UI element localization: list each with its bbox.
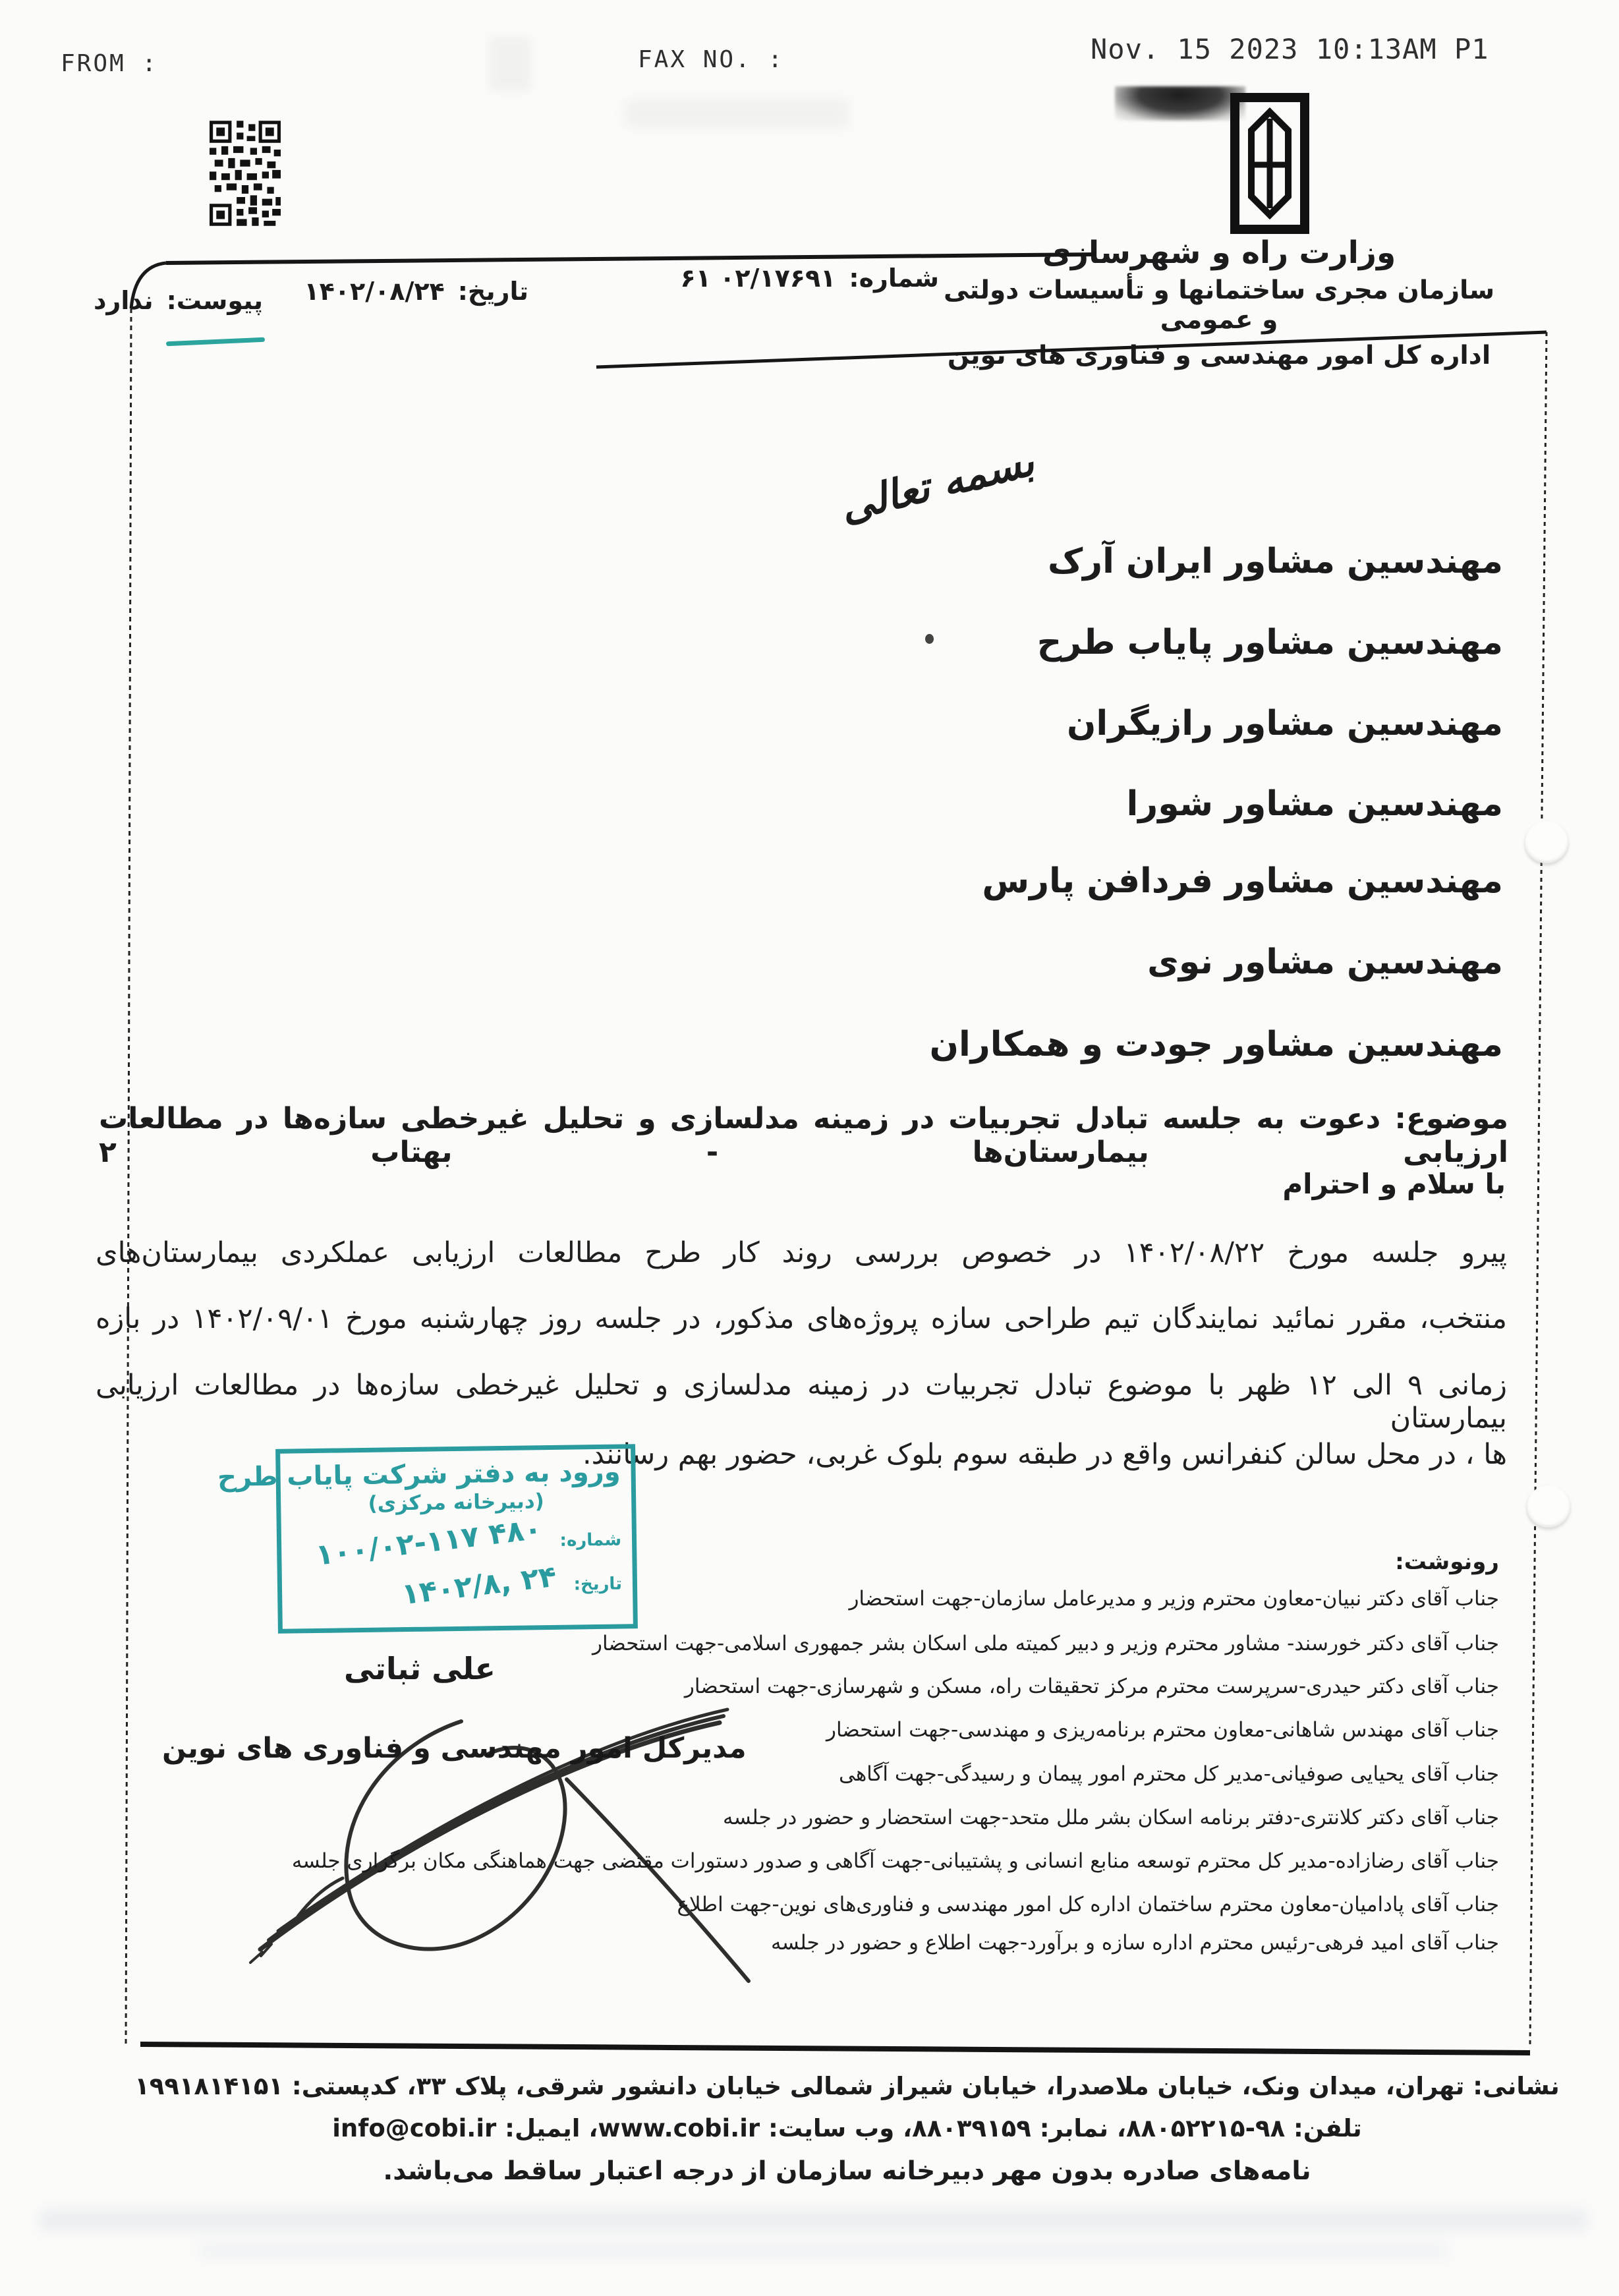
- recipient-line: مهندسین مشاور شورا: [1126, 784, 1503, 824]
- department-name: اداره کل امور مهندسی و فناوری های نوین: [939, 341, 1499, 370]
- recipient-line: مهندسین مشاور فردافن پارس: [982, 861, 1503, 901]
- stamp-title: ورود به دفتر شرکت پایاب طرح: [291, 1457, 621, 1492]
- hole-punch: [1525, 821, 1568, 863]
- letter-attachment-label: پیوست:: [167, 286, 263, 315]
- footer-contact: تلفن: ۹۸-۸۸۰۵۲۲۱۵، نمابر: ۸۸۰۳۹۱۵۹، وب س…: [0, 2114, 1619, 2142]
- letter-date-label: تاریخ:: [458, 277, 528, 306]
- recipient-line: مهندسین مشاور نوی: [1147, 942, 1503, 982]
- scan-band-artifact: [40, 2209, 1588, 2231]
- stamp-date-handwritten: ۱۴۰۲/۸, ۲۴: [399, 1560, 557, 1612]
- recipient-line: مهندسین مشاور پایاب طرح: [1037, 623, 1503, 662]
- letter-number-value: ۶۱ ۰۲/۱۷۶۹۱: [681, 264, 836, 293]
- letterhead: وزارت راه و شهرسازی سازمان مجری ساختمانه…: [939, 235, 1499, 370]
- subject-label: موضوع:: [1394, 1102, 1508, 1135]
- cc-label: رونوشت:: [1395, 1549, 1499, 1575]
- cc-item: جناب آقای پادامیان-معاون محترم ساختمان ا…: [677, 1893, 1499, 1916]
- cc-item: جناب آقای دکتر حیدری-سرپرست محترم مرکز ت…: [685, 1675, 1499, 1698]
- salutation: با سلام و احترام: [1282, 1168, 1506, 1200]
- teal-underline-mark: [166, 337, 265, 347]
- fax-grey-smudge: [625, 99, 849, 128]
- cc-item: جناب آقای مهندس شاهانی-معاون محترم برنام…: [826, 1718, 1499, 1742]
- stamp-number-label: شماره:: [559, 1530, 621, 1550]
- subject-line: موضوع: دعوت به جلسه تبادل تجربیات در زمی…: [99, 1102, 1508, 1169]
- letter-date-field: تاریخ: ۱۴۰۲/۰۸/۲۴: [304, 277, 528, 306]
- stamp-subtitle: (دبیرخانه مرکزی): [291, 1489, 621, 1517]
- fax-grey-streak: [489, 36, 531, 92]
- ministry-name: وزارت راه و شهرسازی: [939, 235, 1499, 271]
- ministry-logo-icon: [1230, 92, 1310, 235]
- cc-item: جناب آقای یحیایی صوفیانی-مدیر کل محترم ا…: [839, 1762, 1499, 1786]
- footer-validity-note: نامه‌های صادره بدون مهر دبیرخانه سازمان …: [0, 2156, 1619, 2186]
- stamp-date-label: تاریخ:: [573, 1574, 622, 1594]
- cc-item: جناب آقای امید فرهی-رئیس محترم اداره ساز…: [771, 1931, 1499, 1955]
- recipient-line: مهندسین مشاور رازیگران: [1067, 704, 1503, 743]
- recipient-line: مهندسین مشاور ایران آرک: [1048, 542, 1503, 581]
- subject-text: دعوت به جلسه تبادل تجربیات در زمینه مدلس…: [99, 1102, 1508, 1169]
- scan-band-artifact: [198, 2242, 1450, 2259]
- fax-timestamp: Nov. 15 2023 10:13AM P1: [1091, 33, 1489, 65]
- cc-item: جناب آقای دکتر کلانتری-دفتر برنامه اسکان…: [723, 1806, 1499, 1829]
- body-line: پیرو جلسه مورخ ۱۴۰۲/۰۸/۲۲ در خصوص بررسی …: [96, 1236, 1507, 1269]
- bismillah-calligraphy: بسمه تعالی: [836, 437, 1039, 531]
- fax-from-label: FROM :: [61, 50, 158, 77]
- letter-number-field: شماره: ۶۱ ۰۲/۱۷۶۹۱: [681, 264, 939, 293]
- fax-ink-smudge: [1115, 86, 1245, 121]
- cc-item: جناب آقای دکتر نبیان-معاون محترم وزیر و …: [849, 1587, 1499, 1611]
- signer-name: علی ثباتی: [337, 1651, 502, 1686]
- body-line: منتخب، مقرر نمائید نمایندگان تیم طراحی س…: [96, 1302, 1507, 1335]
- letter-date-value: ۱۴۰۲/۰۸/۲۴: [304, 277, 444, 306]
- letter-attachment-field: پیوست: ندارد: [94, 286, 263, 315]
- footer-address: نشانی: تهران، میدان ونک، خیابان ملاصدرا،…: [0, 2072, 1619, 2100]
- body-line: ها ، در محل سالن کنفرانس واقع در طبقه سو…: [637, 1438, 1507, 1471]
- entry-receipt-stamp: ورود به دفتر شرکت پایاب طرح (دبیرخانه مر…: [275, 1444, 638, 1634]
- recipient-line: مهندسین مشاور جودت و همکاران: [930, 1025, 1503, 1064]
- signer-title: مدیرکل امور مهندسی و فناوری های نوین: [162, 1732, 747, 1765]
- body-line: زمانی ۹ الی ۱۲ ظهر با موضوع تبادل تجربیا…: [96, 1369, 1507, 1435]
- cc-item: جناب آقای رضازاده-مدیر کل محترم توسعه من…: [292, 1849, 1499, 1873]
- fax-page: { "fax_header": { "from_label": "FROM :"…: [0, 0, 1619, 2296]
- cc-item: جناب آقای دکتر خورسند- مشاور محترم وزیر …: [592, 1632, 1499, 1655]
- letter-attachment-value: ندارد: [94, 286, 154, 315]
- qr-code-icon: [210, 121, 281, 226]
- fax-number-label: FAX NO. :: [638, 46, 784, 73]
- hole-punch: [1527, 1485, 1570, 1528]
- ink-speck: [925, 634, 934, 644]
- stamp-number-handwritten: ۱۰۰/۰۲-۱۱۷ ۴۸۰: [314, 1512, 544, 1572]
- letter-number-label: شماره:: [849, 264, 939, 293]
- organization-name: سازمان مجری ساختمانها و تأسیسات دولتی و …: [939, 275, 1499, 335]
